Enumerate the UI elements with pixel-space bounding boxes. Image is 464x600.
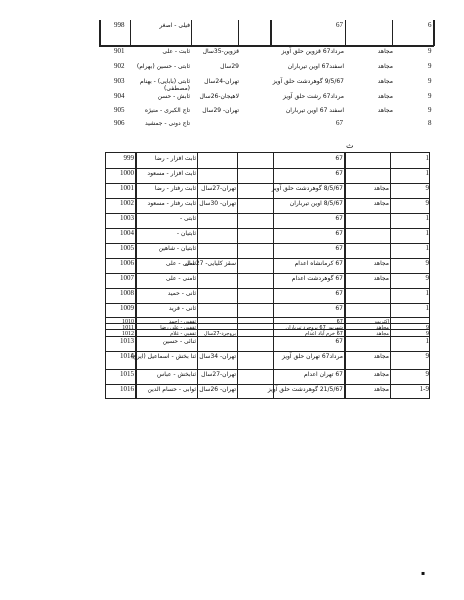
row-status: مجاهد	[376, 331, 389, 338]
row-id: 999	[124, 155, 135, 162]
row-detail: 67	[335, 338, 343, 345]
row-id: 1005	[120, 245, 134, 252]
row-status: مجاهد	[378, 63, 393, 70]
row-name: ثنا بخش - اسماعیل (ایرج)	[131, 353, 196, 360]
table-border	[105, 351, 430, 352]
row-name: ثانی - فرید	[169, 305, 196, 312]
row-name: ثابتی (بابایی) - بهنام (مصطفی)	[130, 78, 190, 92]
row-name: ثابت رفتار - رضا	[155, 185, 196, 192]
table-border	[105, 303, 430, 304]
row-place-age: تهران- 34سال	[199, 353, 236, 360]
row-code: 9	[428, 48, 432, 55]
row-code: 1	[426, 215, 430, 222]
row-id: 1007	[120, 275, 134, 282]
row-status: مجاهد	[374, 371, 389, 378]
table-border	[105, 243, 430, 244]
row-place-age: 29سال	[220, 63, 239, 70]
row-name: فیلی - اصغر	[159, 22, 190, 29]
row-place-age: تهران-27سال	[201, 185, 236, 192]
row-id: 1003	[120, 215, 134, 222]
row-name: ثابتیان -	[177, 230, 196, 237]
row-id: 906	[114, 120, 125, 127]
row-code: 6	[428, 22, 432, 29]
row-code: 9	[426, 185, 430, 192]
row-code: 9	[426, 275, 430, 282]
row-place-age: تهران- 30سال	[199, 200, 236, 207]
row-name: ثابتیان - شاهین	[159, 245, 196, 252]
row-detail: 67 خرم آباد اعدام	[305, 331, 343, 338]
row-id: 1015	[120, 371, 134, 378]
row-detail: 8/5/67 گوهردشت حلق آویز	[272, 185, 343, 192]
table-border	[105, 273, 430, 274]
row-status: مجاهد	[374, 386, 389, 393]
row-status: مجاهد	[374, 260, 389, 267]
row-id: 1002	[120, 200, 134, 207]
table-border	[238, 20, 239, 46]
row-place-age: تهران- 26سال	[199, 386, 236, 393]
row-name: ثابت افزار - رضا	[155, 155, 196, 162]
row-code: 9	[426, 371, 430, 378]
row-id: 1008	[120, 290, 134, 297]
table-border	[105, 183, 430, 184]
row-status: مجاهد	[374, 185, 389, 192]
table-border	[105, 228, 430, 229]
row-name: ثابت رفتار - مسعود	[148, 200, 196, 207]
row-place-age: تهران-27سال	[201, 371, 236, 378]
row-detail: 67	[335, 305, 343, 312]
row-name: ثنابخش - عباس	[157, 371, 196, 378]
row-id: 1000	[120, 170, 134, 177]
row-name: ثوابی - حسام الدین	[148, 386, 196, 393]
row-code: 8	[428, 120, 432, 127]
row-detail: 67 گوهردشت اعدام	[292, 275, 343, 282]
table-border	[105, 258, 430, 259]
row-id: 1009	[120, 305, 134, 312]
table-border	[105, 198, 430, 199]
row-detail: 21/5/67 گوهردشت حلق آویز	[268, 386, 343, 393]
row-name: ثقفیی - غلام	[170, 331, 196, 338]
row-detail: مرداد67 رشت حلق آویز	[283, 93, 344, 100]
row-code: 1	[426, 170, 430, 177]
table-border	[390, 152, 391, 399]
row-id: 998	[114, 22, 125, 29]
table-border	[105, 288, 430, 289]
table-border	[105, 317, 430, 318]
row-id: 903	[114, 78, 125, 85]
table-border	[105, 369, 430, 370]
row-code: 1	[426, 338, 430, 345]
row-status: مجاهد	[378, 78, 393, 85]
row-place-age: بروجرد-27سال	[204, 331, 236, 338]
row-place-age: تهران- 29سال	[202, 107, 239, 114]
row-id: 1016	[120, 386, 134, 393]
row-name: تاج دونی - جمشید	[145, 120, 190, 127]
row-place-age: سقز کلیایی- 27سال	[185, 260, 236, 267]
table-border	[270, 20, 272, 46]
table-border	[392, 20, 393, 46]
page-mark: ▪	[421, 570, 425, 577]
row-name: تاج الکبری - منیژه	[145, 107, 190, 114]
row-code: 9	[428, 93, 432, 100]
row-detail: 67	[335, 290, 343, 297]
row-status: مجاهد	[374, 353, 389, 360]
row-detail: 9/5/67 گوهردشت حلق آویز	[273, 78, 344, 85]
row-detail: اسفند 67 اوین تیرباران	[286, 107, 344, 114]
row-code: 9	[428, 63, 432, 70]
row-detail: 67	[335, 170, 343, 177]
table-border	[105, 168, 430, 169]
table-border	[135, 152, 137, 399]
row-id: 1013	[120, 338, 134, 345]
row-code: 1	[426, 230, 430, 237]
row-detail: 67 کرمانشاه اعدام	[295, 260, 343, 267]
table-border	[105, 213, 430, 214]
row-name: ثامنی - علی	[166, 275, 196, 282]
row-id: 905	[114, 107, 125, 114]
row-place-age: قزوین-35سال	[203, 48, 239, 55]
table-border	[197, 152, 198, 399]
row-code: 9	[426, 200, 430, 207]
row-code: 1	[426, 305, 430, 312]
row-name: ثابت افزار - مسعود	[147, 170, 196, 177]
row-place-age: تهران-24سال	[204, 78, 239, 85]
row-status: مجاهد	[378, 93, 393, 100]
row-name: ثابتی -	[180, 215, 196, 222]
row-detail: 67	[335, 155, 343, 162]
row-status: مجاهد	[374, 200, 389, 207]
row-detail: مرداد67 تهران حلق آویز	[282, 353, 343, 360]
row-code: 9	[426, 353, 430, 360]
row-detail: 67	[335, 245, 343, 252]
table-border	[130, 20, 131, 46]
row-status: مجاهد	[378, 48, 393, 55]
row-code: 1	[426, 155, 430, 162]
row-code: 1	[426, 245, 430, 252]
row-name: ثابش - حسن	[158, 93, 190, 100]
table-border	[344, 152, 346, 399]
row-status: مجاهد	[374, 275, 389, 282]
table-border	[433, 20, 435, 46]
row-id: 1001	[120, 185, 134, 192]
table-border	[105, 384, 430, 385]
row-name: ثابتی - حسین (بهرام)	[137, 63, 190, 70]
section-mark: ث	[346, 142, 354, 149]
row-id: 1006	[120, 260, 134, 267]
row-code: 9	[426, 260, 430, 267]
row-name: ثنائی - حسین	[163, 338, 196, 345]
table-border	[99, 45, 434, 47]
table-border	[191, 20, 192, 46]
row-name: ثانی - حمید	[168, 290, 196, 297]
row-id: 902	[114, 63, 125, 70]
row-code: 1	[426, 290, 430, 297]
table-border	[345, 20, 346, 46]
row-detail: 67	[336, 120, 343, 127]
row-detail: 8/5/67 اوین تیرباران	[290, 200, 343, 207]
row-id: 904	[114, 93, 125, 100]
row-name: ثابت - علی	[162, 48, 190, 55]
table-border	[99, 20, 101, 46]
row-status: مجاهد	[378, 107, 393, 114]
row-code: 9	[428, 107, 432, 114]
row-place-age: لاهیجان-26سال	[199, 93, 239, 100]
row-detail: 67	[336, 22, 343, 29]
row-detail: 67 تهران اعدام	[304, 371, 343, 378]
row-id: 901	[114, 48, 125, 55]
row-id: 1004	[120, 230, 134, 237]
row-detail: 67	[335, 230, 343, 237]
table-border	[237, 152, 238, 399]
row-detail: 67	[335, 215, 343, 222]
row-code: 1-9	[420, 386, 429, 393]
row-detail: مرداد67 قزوین حلق آویز	[282, 48, 344, 55]
row-code: 9	[428, 78, 432, 85]
row-detail: اسفند67 اوین تیرباران	[288, 63, 344, 70]
